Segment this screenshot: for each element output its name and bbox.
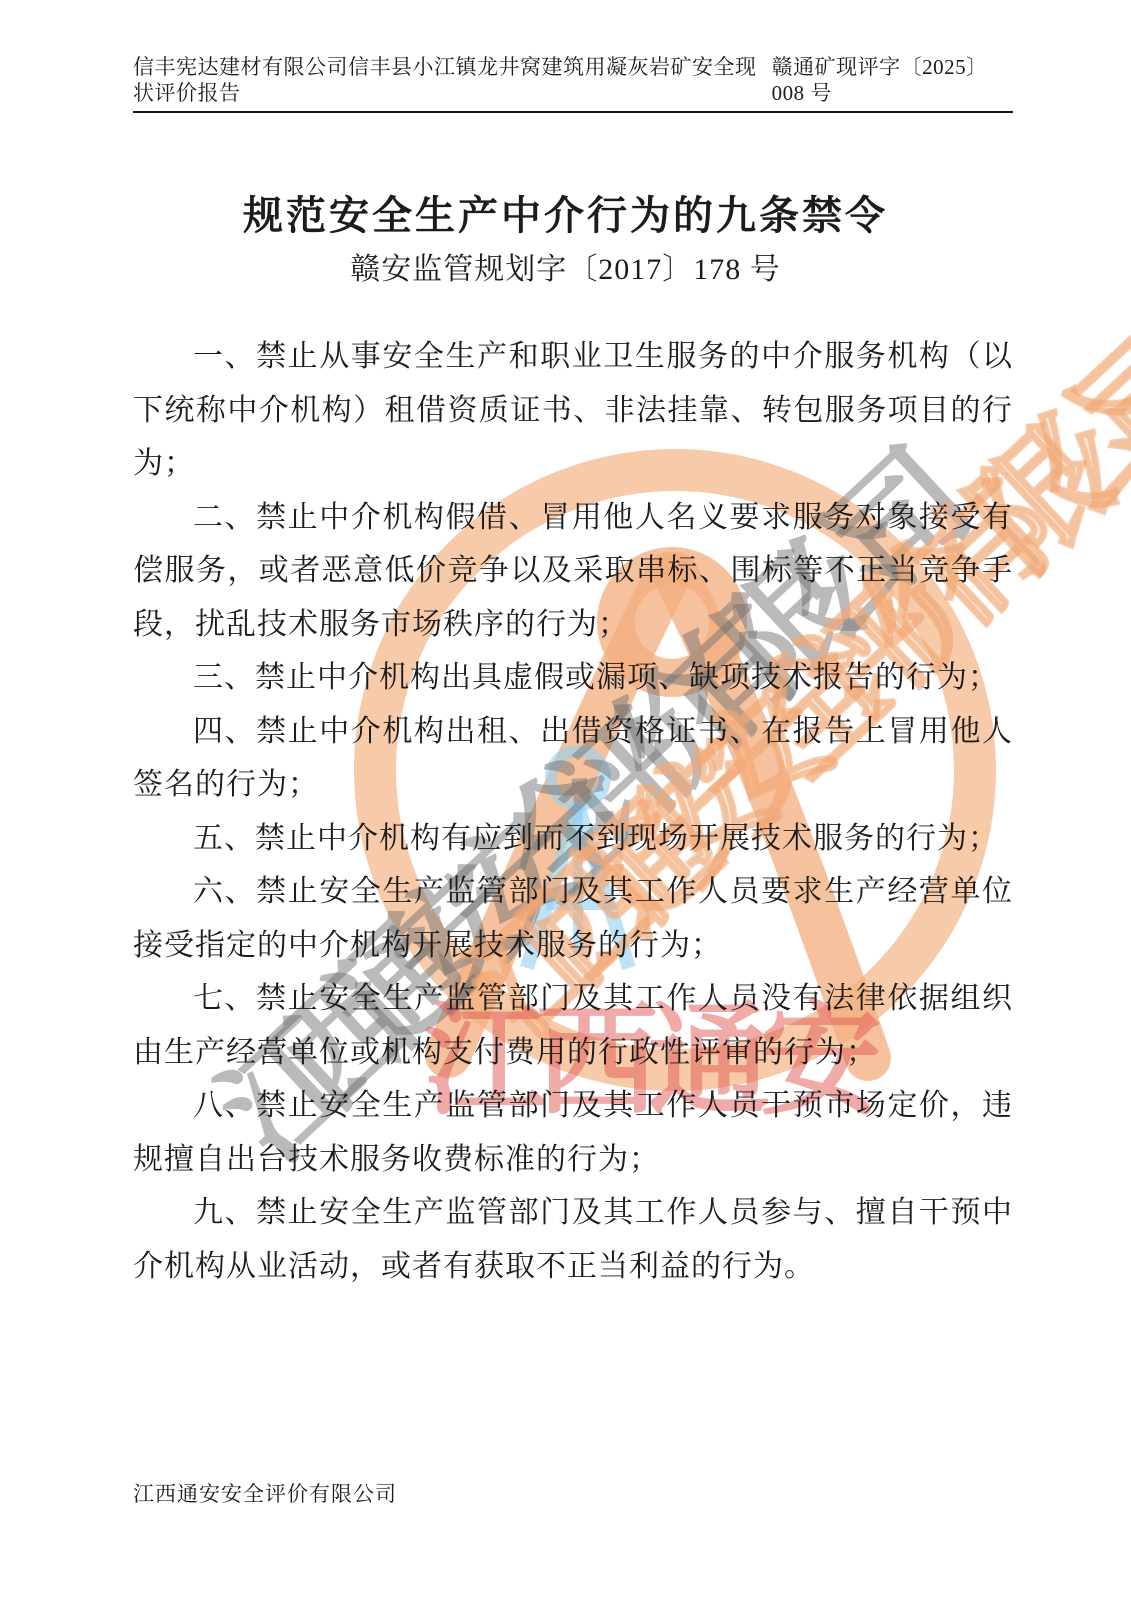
body-paragraph: 九、禁止安全生产监管部门及其工作人员参与、擅自干预中介机构从业活动，或者有获取不… [133,1186,1013,1293]
doc-subtitle: 赣安监管规划字〔2017〕178 号 [0,252,1131,288]
body-paragraph: 三、禁止中介机构出具虚假或漏项、缺项技术报告的行为； [133,651,1013,705]
doc-title: 规范安全生产中介行为的九条禁令 [0,193,1131,239]
document-page: 江西通安安全评价有限公司 江西通安安全评价有限公司 江西通安 信丰宪达建材有限公… [0,0,1131,1600]
page-header: 信丰宪达建材有限公司信丰县小江镇龙井窝建筑用凝灰岩矿安全现状评价报告 赣通矿现评… [133,72,1013,113]
body-paragraph: 六、禁止安全生产监管部门及其工作人员要求生产经营单位接受指定的中介机构开展技术服… [133,865,1013,972]
body-paragraph: 七、禁止安全生产监管部门及其工作人员没有法律依据组织由生产经营单位或机构支付费用… [133,972,1013,1079]
header-report-title: 信丰宪达建材有限公司信丰县小江镇龙井窝建筑用凝灰岩矿安全现状评价报告 [133,54,772,106]
body-paragraph: 五、禁止中介机构有应到而不到现场开展技术服务的行为； [133,812,1013,866]
body-paragraph: 八、禁止安全生产监管部门及其工作人员干预市场定价，违规擅自出台技术服务收费标准的… [133,1079,1013,1186]
body-paragraph: 二、禁止中介机构假借、冒用他人名义要求服务对象接受有偿服务，或者恶意低价竞争以及… [133,491,1013,652]
body-paragraph: 一、禁止从事安全生产和职业卫生服务的中介服务机构（以下统称中介机构）租借资质证书… [133,330,1013,491]
header-doc-number: 赣通矿现评字〔2025〕008 号 [772,54,1013,106]
footer-company-name: 江西通安安全评价有限公司 [133,1482,397,1506]
body: 一、禁止从事安全生产和职业卫生服务的中介服务机构（以下统称中介机构）租借资质证书… [133,330,1013,1293]
body-paragraph: 四、禁止中介机构出租、出借资格证书、在报告上冒用他人签名的行为； [133,705,1013,812]
